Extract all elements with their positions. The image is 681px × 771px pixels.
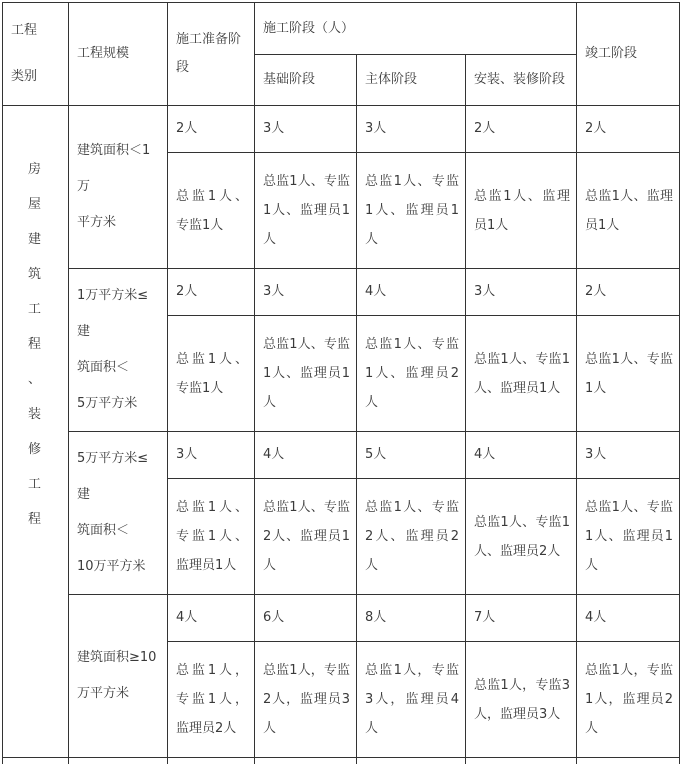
- stub-cell: [357, 758, 466, 764]
- detail-block-3-foundation: 总监1人，专监2人，监理员3人: [255, 642, 357, 758]
- count-block-3-foundation: 6人: [255, 595, 357, 642]
- count-block-0-completion: 2人: [577, 106, 680, 153]
- detail-block-2-install-decor: 总监1人、专监1人、监理员2人: [466, 479, 577, 595]
- header-project-category: 工程 类别: [3, 3, 69, 106]
- count-block-1-completion: 2人: [577, 269, 680, 316]
- count-block-2-main-body: 5人: [357, 432, 466, 479]
- header-install-decor-stage: 安装、装修阶段: [466, 55, 577, 106]
- count-block-3-prep: 4人: [168, 595, 255, 642]
- scale-block-2: 5万平方米≤建 筑面积＜ 10万平方米: [69, 432, 168, 595]
- header-construction-stage-group: 施工阶段（人）: [255, 3, 577, 55]
- stub-cell: [466, 758, 577, 764]
- detail-block-1-main-body: 总监1人、专监1人、监理员2人: [357, 316, 466, 432]
- detail-block-3-completion: 总监1人，专监1人，监理员2人: [577, 642, 680, 758]
- count-block-2-install-decor: 4人: [466, 432, 577, 479]
- header-row-1: 工程 类别 工程规模 施工准备阶段 施工阶段（人） 竣工阶段: [3, 3, 680, 55]
- supervision-staffing-table: 工程 类别 工程规模 施工准备阶段 施工阶段（人） 竣工阶段 基础阶段 主体阶段…: [2, 2, 680, 764]
- detail-block-1-foundation: 总监1人、专监1人、监理员1人: [255, 316, 357, 432]
- count-block-3-main-body: 8人: [357, 595, 466, 642]
- count-block-0-main-body: 3人: [357, 106, 466, 153]
- detail-block-0-foundation: 总监1人、专监1人、监理员1人: [255, 153, 357, 269]
- stub-cell: [69, 758, 168, 764]
- detail-block-1-prep: 总监1人、专监1人: [168, 316, 255, 432]
- count-block-0-install-decor: 2人: [466, 106, 577, 153]
- count-block-1-install-decor: 3人: [466, 269, 577, 316]
- header-prep-stage: 施工准备阶段: [168, 3, 255, 106]
- header-main-body-stage: 主体阶段: [357, 55, 466, 106]
- detail-block-1-completion: 总监1人、专监1人: [577, 316, 680, 432]
- count-block-3-completion: 4人: [577, 595, 680, 642]
- detail-block-2-foundation: 总监1人、专监2人、监理员1人: [255, 479, 357, 595]
- table-row: 建筑面积≥10 万平方米 4人 6人 8人 7人 4人: [3, 595, 680, 642]
- detail-block-1-install-decor: 总监1人、专监1人、监理员1人: [466, 316, 577, 432]
- count-block-2-completion: 3人: [577, 432, 680, 479]
- header-foundation-stage: 基础阶段: [255, 55, 357, 106]
- scale-block-1: 1万平方米≤建 筑面积＜ 5万平方米: [69, 269, 168, 432]
- table-row: 1万平方米≤建 筑面积＜ 5万平方米 2人 3人 4人 3人 2人: [3, 269, 680, 316]
- count-block-0-prep: 2人: [168, 106, 255, 153]
- detail-block-2-completion: 总监1人、专监1人、监理员1人: [577, 479, 680, 595]
- table-row: 房 屋 建 筑 工 程 、 装 修 工 程 建筑面积＜1万 平方米 2人 3人 …: [3, 106, 680, 153]
- count-block-0-foundation: 3人: [255, 106, 357, 153]
- table-row: 5万平方米≤建 筑面积＜ 10万平方米 3人 4人 5人 4人 3人: [3, 432, 680, 479]
- supervision-staffing-page: 工程 类别 工程规模 施工准备阶段 施工阶段（人） 竣工阶段 基础阶段 主体阶段…: [0, 2, 681, 764]
- detail-block-2-main-body: 总监1人、专监2人、监理员2人: [357, 479, 466, 595]
- header-project-scale: 工程规模: [69, 3, 168, 106]
- count-block-2-prep: 3人: [168, 432, 255, 479]
- stub-cell: [577, 758, 680, 764]
- detail-block-0-prep: 总监1人、专监1人: [168, 153, 255, 269]
- count-block-1-main-body: 4人: [357, 269, 466, 316]
- header-completion-stage: 竣工阶段: [577, 3, 680, 106]
- stub-cell: [255, 758, 357, 764]
- stub-cell: [168, 758, 255, 764]
- count-block-3-install-decor: 7人: [466, 595, 577, 642]
- category-value: 房 屋 建 筑 工 程 、 装 修 工 程: [3, 106, 69, 758]
- count-block-2-foundation: 4人: [255, 432, 357, 479]
- detail-block-2-prep: 总监1人、专监1人、监理员1人: [168, 479, 255, 595]
- detail-block-0-completion: 总监1人、监理员1人: [577, 153, 680, 269]
- detail-block-3-prep: 总监1人，专监1人，监理员2人: [168, 642, 255, 758]
- scale-block-0: 建筑面积＜1万 平方米: [69, 106, 168, 269]
- count-block-1-prep: 2人: [168, 269, 255, 316]
- detail-block-3-main-body: 总监1人，专监3人，监理员4人: [357, 642, 466, 758]
- detail-block-3-install-decor: 总监1人，专监3人，监理员3人: [466, 642, 577, 758]
- stub-cell: [3, 758, 69, 764]
- count-block-1-foundation: 3人: [255, 269, 357, 316]
- table-row-cutoff: [3, 758, 680, 764]
- scale-block-3: 建筑面积≥10 万平方米: [69, 595, 168, 758]
- detail-block-0-install-decor: 总监1人、监理员1人: [466, 153, 577, 269]
- detail-block-0-main-body: 总监1人、专监1人、监理员1人: [357, 153, 466, 269]
